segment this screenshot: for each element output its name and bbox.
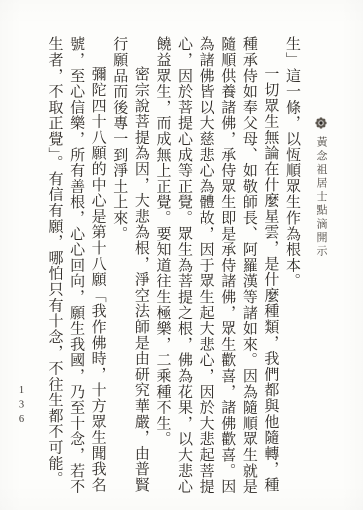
main-text-block: 生」這一條，以恆順眾生作為根本。 一切眾生無論在什麼星雲，是什麼種類，我們都與他… — [40, 36, 302, 496]
paragraph-4: 彌陀四十八願的中心是第十八願「我作佛時，十方眾生聞我名號，至心信樂，所有善根，心… — [43, 36, 108, 496]
paragraph-1: 生」這一條，以恆順眾生作為根本。 — [280, 36, 302, 496]
paragraph-3: 密宗說菩提為因，大悲為根，淨空法師是由研究華嚴，由普賢行願品而後專一到淨土上來。 — [108, 36, 151, 496]
page-number: 136 — [16, 385, 27, 429]
paragraph-2: 一切眾生無論在什麼星雲，是什麼種類，我們都與他隨轉，種種承侍如奉父母、如敬師長、… — [151, 36, 281, 496]
running-header: 黃念祖居士點滴開示 — [313, 117, 329, 258]
book-page: 黃念祖居士點滴開示 生」這一條，以恆順眾生作為根本。 一切眾生無論在什麼星雲，是… — [0, 0, 363, 510]
rosette-flower-icon — [315, 117, 327, 129]
running-header-title: 黃念祖居士點滴開示 — [313, 136, 329, 258]
